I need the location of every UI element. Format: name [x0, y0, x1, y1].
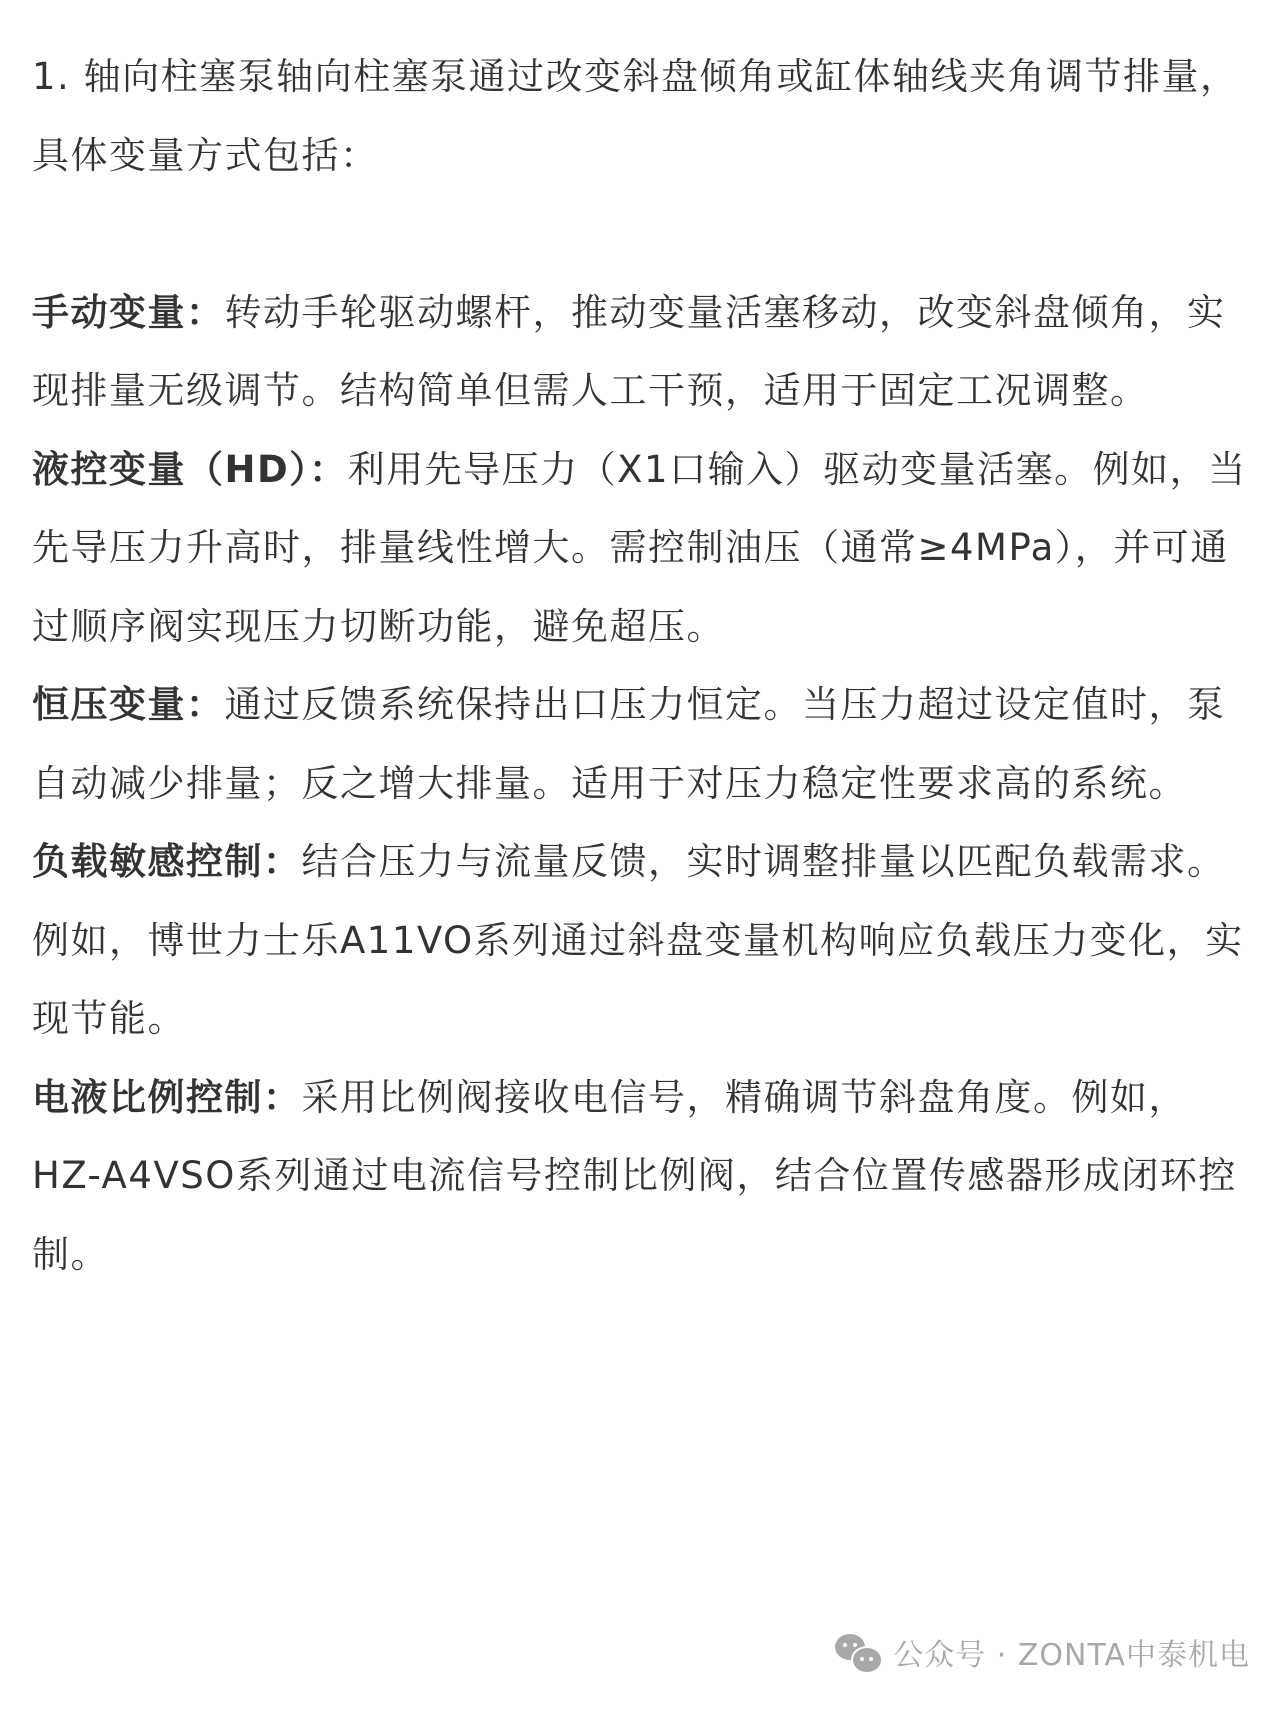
- section-manual-variable: 手动变量：转动手轮驱动螺杆，推动变量活塞移动，改变斜盘倾角，实现排量无级调节。结…: [32, 274, 1254, 431]
- section-constant-pressure: 恒压变量：通过反馈系统保持出口压力恒定。当压力超过设定值时，泵自动减少排量；反之…: [32, 666, 1254, 823]
- intro-paragraph: 1. 轴向柱塞泵轴向柱塞泵通过改变斜盘倾角或缸体轴线夹角调节排量，具体变量方式包…: [32, 38, 1254, 195]
- watermark: 公众号 · ZONTA中泰机电: [835, 1630, 1250, 1674]
- paragraph-spacer: [32, 195, 1254, 274]
- section-electro-hydraulic: 电液比例控制：采用比例阀接收电信号，精确调节斜盘角度。例如，HZ-A4VSO系列…: [32, 1059, 1254, 1295]
- section-label: 恒压变量：: [32, 683, 225, 726]
- section-label: 电液比例控制：: [32, 1076, 302, 1119]
- article-content: 1. 轴向柱塞泵轴向柱塞泵通过改变斜盘倾角或缸体轴线夹角调节排量，具体变量方式包…: [32, 38, 1254, 1294]
- watermark-text: 公众号 · ZONTA中泰机电: [893, 1630, 1250, 1674]
- wechat-icon: [835, 1632, 883, 1672]
- section-hydraulic-control: 液控变量（HD）：利用先导压力（X1口输入）驱动变量活塞。例如，当先导压力升高时…: [32, 431, 1254, 667]
- section-label: 液控变量（HD）：: [32, 448, 348, 491]
- section-load-sensing: 负载敏感控制：结合压力与流量反馈，实时调整排量以匹配负载需求。例如，博世力士乐A…: [32, 823, 1254, 1059]
- section-label: 手动变量：: [32, 291, 225, 334]
- section-label: 负载敏感控制：: [32, 840, 302, 883]
